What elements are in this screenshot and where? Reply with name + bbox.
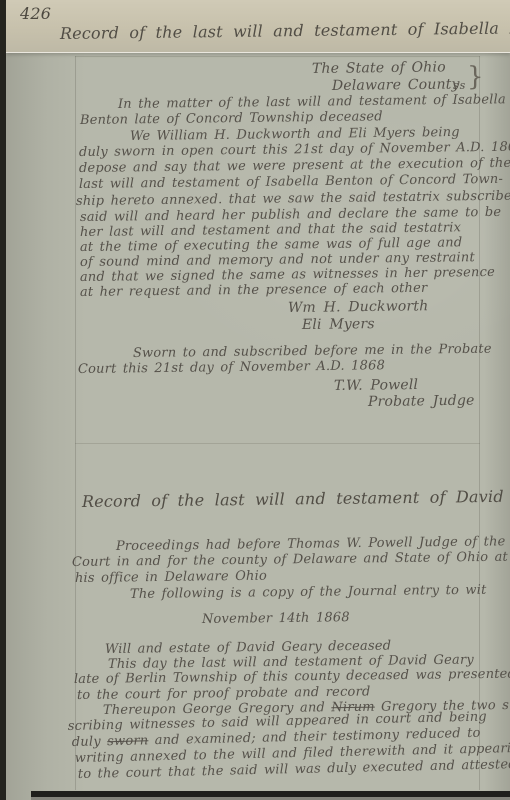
- ss-brace: }: [467, 62, 484, 92]
- ss-mark: ss: [453, 79, 466, 92]
- struck-word: sworn: [107, 733, 149, 749]
- record-title-geary: Record of the last will and testament of…: [82, 486, 510, 511]
- judge-signature: T.W. Powell: [334, 377, 418, 394]
- jurat-line: Sworn to and subscribed before me in the…: [133, 342, 492, 361]
- handwritten-line: The following is a copy of the Journal e…: [130, 583, 487, 602]
- handwritten-line: his office in Delaware Ohio: [75, 569, 267, 586]
- handwritten-line: Benton late of Concord Township deceased: [80, 109, 383, 128]
- witness-signature: Eli Myers: [302, 316, 375, 333]
- section-separator-rule: [75, 443, 480, 444]
- record-book-page: 426 Record of the last will and testamen…: [6, 0, 510, 800]
- witness-signature: Wm H. Duckworth: [288, 298, 429, 316]
- county-line: Delaware County: [332, 76, 460, 94]
- page-number: 426: [20, 4, 51, 23]
- jurat-line: Court this 21st day of November A.D. 186…: [78, 358, 385, 377]
- state-line: The State of Ohio: [312, 59, 446, 77]
- judge-title: Probate Judge: [368, 393, 475, 410]
- handwritten-line: at her request and in the presence of ea…: [80, 281, 428, 300]
- handwritten-line: In the matter of the last will and testa…: [118, 92, 506, 112]
- line-text: duly: [72, 734, 108, 750]
- journal-date: November 14th 1868: [202, 610, 350, 627]
- top-rule: [75, 56, 480, 57]
- scanned-probate-record-page: 426 Record of the last will and testamen…: [0, 0, 510, 800]
